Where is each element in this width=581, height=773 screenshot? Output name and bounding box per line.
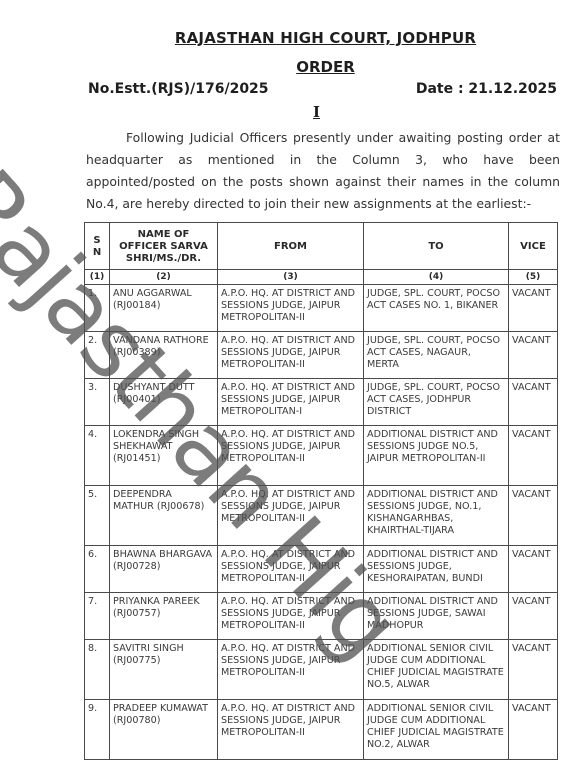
- cell-name: PRIYANKA PAREEK (RJ00757): [110, 593, 218, 640]
- cell-sn: 1.: [85, 285, 110, 332]
- cell-from: A.P.O. HQ. AT DISTRICT AND SESSIONS JUDG…: [218, 546, 364, 593]
- cell-name: ANU AGGARWAL (RJ00184): [110, 285, 218, 332]
- cell-from: A.P.O. HQ. AT DISTRICT AND SESSIONS JUDG…: [218, 426, 364, 486]
- table-row: 1.ANU AGGARWAL (RJ00184)A.P.O. HQ. AT DI…: [85, 285, 558, 332]
- colnum-4: (4): [364, 270, 509, 285]
- cell-to: ADDITIONAL DISTRICT AND SESSIONS JUDGE, …: [364, 546, 509, 593]
- cell-vice: VACANT: [509, 593, 558, 640]
- header-from: FROM: [218, 223, 364, 270]
- cell-to: ADDITIONAL SENIOR CIVIL JUDGE CUM ADDITI…: [364, 640, 509, 700]
- cell-vice: VACANT: [509, 486, 558, 546]
- cell-vice: VACANT: [509, 332, 558, 379]
- order-date: Date : 21.12.2025: [416, 81, 557, 97]
- cell-to: JUDGE, SPL. COURT, POCSO ACT CASES, NAGA…: [364, 332, 509, 379]
- table-row: 9.PRADEEP KUMAWAT (RJ00780)A.P.O. HQ. AT…: [85, 700, 558, 760]
- court-title: RAJASTHAN HIGH COURT, JODHPUR: [0, 29, 581, 47]
- cell-name: DEEPENDRA MATHUR (RJ00678): [110, 486, 218, 546]
- section-number: I: [313, 103, 320, 121]
- cell-from: A.P.O. HQ. AT DISTRICT AND SESSIONS JUDG…: [218, 332, 364, 379]
- cell-vice: VACANT: [509, 285, 558, 332]
- cell-name: PRADEEP KUMAWAT (RJ00780): [110, 700, 218, 760]
- cell-sn: 3.: [85, 379, 110, 426]
- cell-vice: VACANT: [509, 426, 558, 486]
- cell-vice: VACANT: [509, 546, 558, 593]
- cell-vice: VACANT: [509, 379, 558, 426]
- cell-vice: VACANT: [509, 640, 558, 700]
- cell-to: ADDITIONAL DISTRICT AND SESSIONS JUDGE N…: [364, 426, 509, 486]
- table-row: 2.VANDANA RATHORE (RJ00389)A.P.O. HQ. AT…: [85, 332, 558, 379]
- colnum-3: (3): [218, 270, 364, 285]
- table-row: 5.DEEPENDRA MATHUR (RJ00678)A.P.O. HQ. A…: [85, 486, 558, 546]
- colnum-5: (5): [509, 270, 558, 285]
- header-name: NAME OF OFFICER SARVA SHRI/MS./DR.: [110, 223, 218, 270]
- table-row: 4.LOKENDRA SINGH SHEKHAWAT (RJ01451)A.P.…: [85, 426, 558, 486]
- cell-from: A.P.O. HQ. AT DISTRICT AND SESSIONS JUDG…: [218, 379, 364, 426]
- cell-to: ADDITIONAL SENIOR CIVIL JUDGE CUM ADDITI…: [364, 700, 509, 760]
- reference-number: No.Estt.(RJS)/176/2025: [88, 81, 269, 97]
- cell-name: LOKENDRA SINGH SHEKHAWAT (RJ01451): [110, 426, 218, 486]
- cell-from: A.P.O. HQ. AT DISTRICT AND SESSIONS JUDG…: [218, 640, 364, 700]
- header-to: TO: [364, 223, 509, 270]
- cell-sn: 2.: [85, 332, 110, 379]
- header-sn: S N: [85, 223, 110, 270]
- cell-name: SAVITRI SINGH (RJ00775): [110, 640, 218, 700]
- colnum-1: (1): [85, 270, 110, 285]
- postings-table: S N NAME OF OFFICER SARVA SHRI/MS./DR. F…: [84, 222, 558, 760]
- cell-sn: 5.: [85, 486, 110, 546]
- cell-vice: VACANT: [509, 700, 558, 760]
- cell-from: A.P.O. HQ. AT DISTRICT AND SESSIONS JUDG…: [218, 285, 364, 332]
- cell-name: DUSHYANT DUTT (RJ00401): [110, 379, 218, 426]
- cell-to: JUDGE, SPL. COURT, POCSO ACT CASES, JODH…: [364, 379, 509, 426]
- header-vice: VICE: [509, 223, 558, 270]
- cell-name: BHAWNA BHARGAVA (RJ00728): [110, 546, 218, 593]
- cell-sn: 9.: [85, 700, 110, 760]
- cell-from: A.P.O. HQ. AT DISTRICT AND SESSIONS JUDG…: [218, 593, 364, 640]
- order-title: ORDER: [0, 58, 581, 76]
- cell-sn: 8.: [85, 640, 110, 700]
- column-number-row: (1) (2) (3) (4) (5): [85, 270, 558, 285]
- cell-from: A.P.O. HQ. AT DISTRICT AND SESSIONS JUDG…: [218, 700, 364, 760]
- cell-to: ADDITIONAL DISTRICT AND SESSIONS JUDGE, …: [364, 486, 509, 546]
- table-row: 6.BHAWNA BHARGAVA (RJ00728)A.P.O. HQ. AT…: [85, 546, 558, 593]
- cell-sn: 4.: [85, 426, 110, 486]
- table-row: 3.DUSHYANT DUTT (RJ00401)A.P.O. HQ. AT D…: [85, 379, 558, 426]
- table-row: 8.SAVITRI SINGH (RJ00775)A.P.O. HQ. AT D…: [85, 640, 558, 700]
- cell-to: JUDGE, SPL. COURT, POCSO ACT CASES NO. 1…: [364, 285, 509, 332]
- cell-sn: 7.: [85, 593, 110, 640]
- cell-to: ADDITIONAL DISTRICT AND SESSIONS JUDGE, …: [364, 593, 509, 640]
- cell-from: A.P.O. HQ. AT DISTRICT AND SESSIONS JUDG…: [218, 486, 364, 546]
- colnum-2: (2): [110, 270, 218, 285]
- table-row: 7.PRIYANKA PAREEK (RJ00757)A.P.O. HQ. AT…: [85, 593, 558, 640]
- intro-paragraph: Following Judicial Officers presently un…: [86, 127, 560, 215]
- cell-name: VANDANA RATHORE (RJ00389): [110, 332, 218, 379]
- table-header-row: S N NAME OF OFFICER SARVA SHRI/MS./DR. F…: [85, 223, 558, 270]
- cell-sn: 6.: [85, 546, 110, 593]
